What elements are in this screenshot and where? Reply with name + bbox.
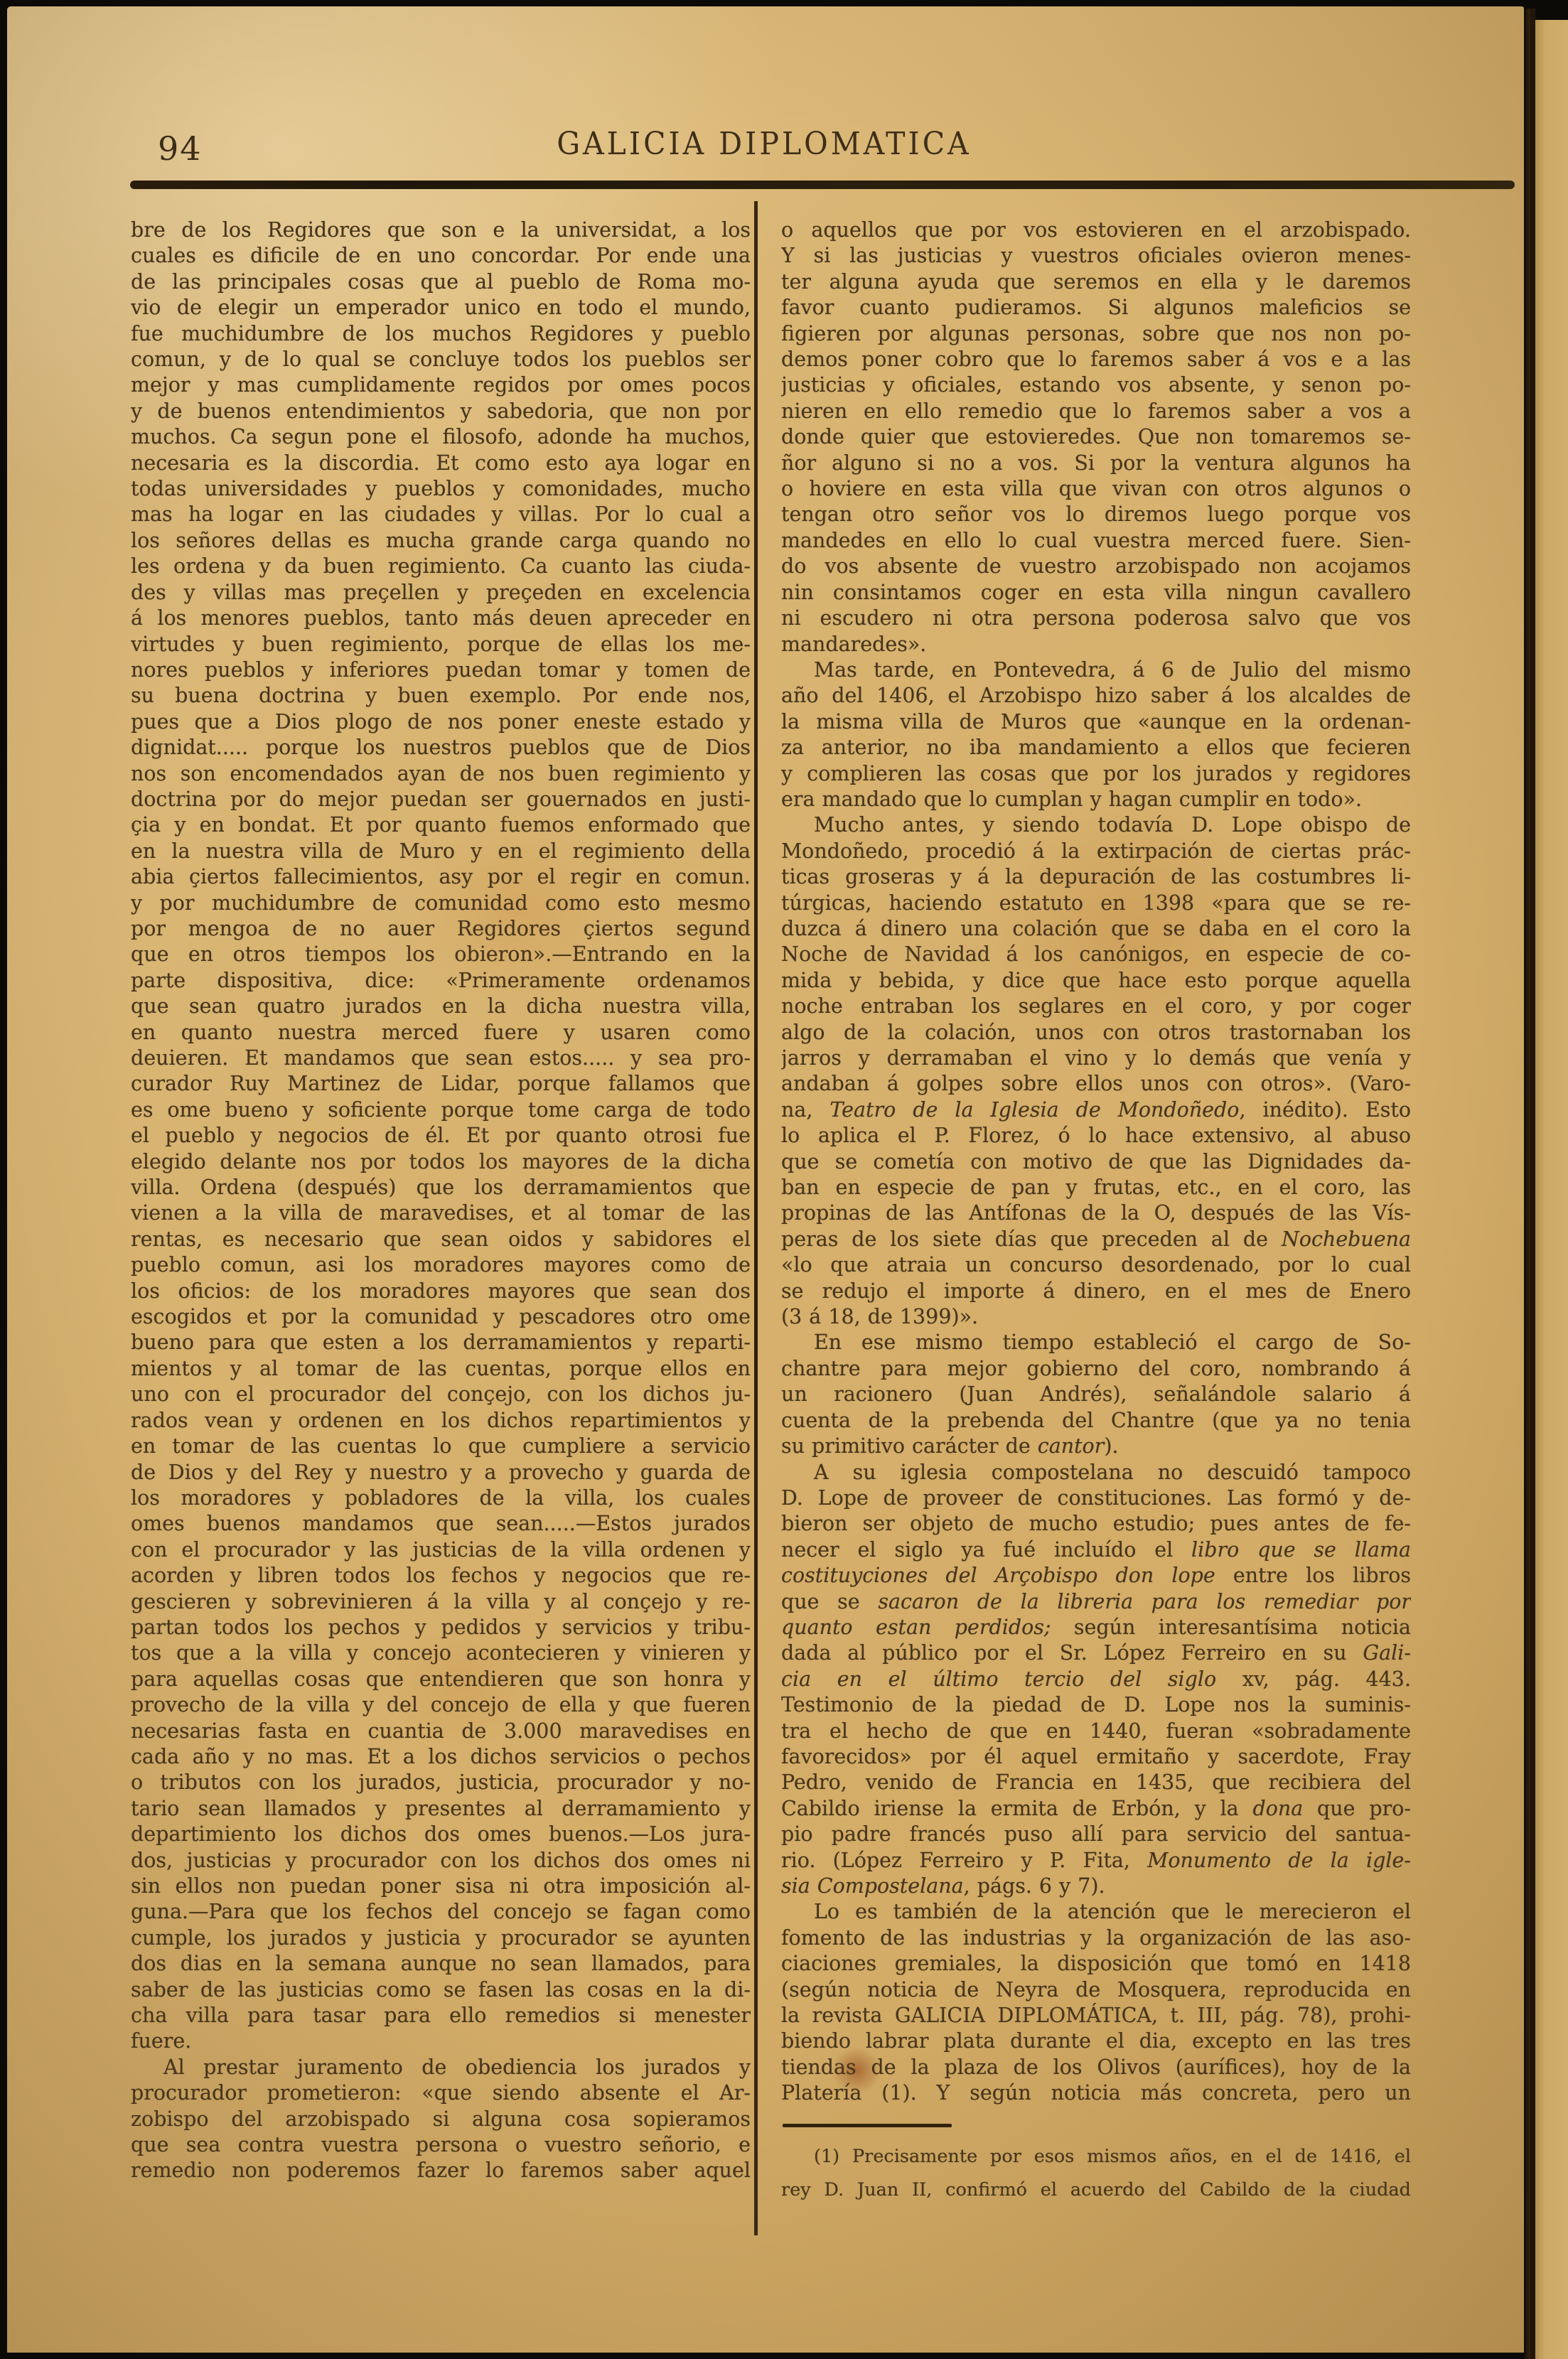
text-line: en tomar de las cuentas lo que cumpliere… bbox=[131, 1434, 751, 1459]
text-line: la misma villa de Muros que «aunque en l… bbox=[781, 709, 1411, 735]
text-line: á los menores pueblos, tanto más deuen a… bbox=[131, 606, 751, 631]
text-line: Mondoñedo, procedió á la extirpación de … bbox=[781, 839, 1411, 864]
text-line: les ordena y da buen regimiento. Ca cuan… bbox=[131, 554, 751, 579]
text-line: duzca á dinero una colación que se daba … bbox=[781, 916, 1411, 942]
text-line: acorden y libren todos los fechos y nego… bbox=[131, 1563, 751, 1589]
text-line: todas universidades y pueblos y comonida… bbox=[131, 476, 751, 502]
text-line: dada al público por el Sr. López Ferreir… bbox=[781, 1640, 1411, 1666]
header-rule bbox=[130, 181, 1515, 189]
text-line: figieren por algunas personas, sobre que… bbox=[781, 321, 1411, 347]
text-line: uno con el procurador del conçejo, con l… bbox=[131, 1382, 751, 1407]
text-line: Lo es también de la atención que le mere… bbox=[781, 1899, 1411, 1925]
text-line: los moradores y pobladores de la villa, … bbox=[131, 1485, 751, 1511]
text-line: un racionero (Juan Andrés), señalándole … bbox=[781, 1382, 1411, 1407]
footnote: (1) Precisamente por esos mismos años, e… bbox=[781, 2140, 1411, 2207]
column-divider bbox=[754, 201, 758, 2235]
text-line: los señores dellas es mucha grande carga… bbox=[131, 528, 751, 554]
text-line: curador Ruy Martinez de Lidar, porque fa… bbox=[131, 1071, 751, 1097]
text-line: demos poner cobro que lo faremos saber á… bbox=[781, 347, 1411, 372]
text-line: cumple, los jurados y justicia y procura… bbox=[131, 1925, 751, 1951]
text-line: jarros y derramaban el vino y lo demás q… bbox=[781, 1046, 1411, 1071]
text-line: Cabildo iriense la ermita de Erbón, y la… bbox=[781, 1796, 1411, 1822]
text-line: rio. (López Ferreiro y P. Fita, Monument… bbox=[781, 1848, 1411, 1874]
text-line: necesarias fasta en cuantia de 3.000 mar… bbox=[131, 1719, 751, 1744]
text-line: mida y bebida, y dice que hace esto porq… bbox=[781, 968, 1411, 994]
text-line: biendo labrar plata durante el dia, exce… bbox=[781, 2028, 1411, 2054]
text-line: comun, y de lo qual se concluye todos lo… bbox=[131, 347, 751, 372]
text-line: y complieren las cosas que por los jurad… bbox=[781, 761, 1411, 787]
page-number: 94 bbox=[158, 129, 203, 168]
text-line: en quanto nuestra merced fuere y usaren … bbox=[131, 1020, 751, 1046]
text-line: bieron ser objeto de mucho estudio; pues… bbox=[781, 1511, 1411, 1537]
text-line: mas ha logar en las ciudades y villas. P… bbox=[131, 502, 751, 527]
text-line: favorecidos» por él aquel ermitaño y sac… bbox=[781, 1744, 1411, 1770]
text-line: «lo que atraia un concurso desordenado, … bbox=[781, 1252, 1411, 1278]
text-line: rentas, es necesario que sean oidos y sa… bbox=[131, 1227, 751, 1252]
text-line: costituyciones del Arçobispo don lope en… bbox=[781, 1563, 1411, 1589]
left-column: bre de los Regidores que son e la univer… bbox=[131, 217, 751, 2184]
text-line: de Dios y del Rey y nuestro y a provecho… bbox=[131, 1460, 751, 1485]
text-line: parte dispositiva, dice: «Primeramente o… bbox=[131, 968, 751, 994]
text-line: saber de las justicias como se fasen las… bbox=[131, 1977, 751, 2003]
text-line: na, Teatro de la Iglesia de Mondoñedo, i… bbox=[781, 1097, 1411, 1123]
text-line: ñor alguno si no a vos. Si por la ventur… bbox=[781, 451, 1411, 476]
text-line: cha villa para tasar para ello remedios … bbox=[131, 2003, 751, 2028]
text-line: deuieren. Et mandamos que sean estos....… bbox=[131, 1046, 751, 1071]
text-line: año del 1406, el Arzobispo hizo saber á … bbox=[781, 683, 1411, 709]
text-line: Testimonio de la piedad de D. Lope nos l… bbox=[781, 1692, 1411, 1718]
text-line: villa. Ordena (después) que los derramam… bbox=[131, 1175, 751, 1200]
text-line: era mandado que lo cumplan y hagan cumpl… bbox=[781, 787, 1411, 812]
text-line: vio de elegir un emperador unico en todo… bbox=[131, 295, 751, 321]
text-line: rados vean y ordenen en los dichos repar… bbox=[131, 1408, 751, 1434]
text-line: fomento de las industrias y la organizac… bbox=[781, 1925, 1411, 1951]
text-line: provecho de la villa y del concejo de el… bbox=[131, 1692, 751, 1718]
text-line: zobispo del arzobispado si alguna cosa s… bbox=[131, 2107, 751, 2132]
book-gutter bbox=[1524, 9, 1535, 2359]
text-line: escogidos et por la comunidad y pescador… bbox=[131, 1304, 751, 1330]
text-line: quanto estan perdidos; según interesantí… bbox=[781, 1615, 1411, 1640]
text-line: remedio non poderemos fazer lo faremos s… bbox=[131, 2158, 751, 2183]
text-line: abia çiertos fallecimientos, asy por el … bbox=[131, 864, 751, 890]
text-line: necesaria es la discordia. Et como esto … bbox=[131, 451, 751, 476]
text-line: (1) Precisamente por esos mismos años, e… bbox=[781, 2140, 1411, 2173]
text-line: donde quier que estovieredes. Que non to… bbox=[781, 424, 1411, 450]
text-line: cada año y no mas. Et a los dichos servi… bbox=[131, 1744, 751, 1770]
text-line: túrgicas, haciendo estatuto en 1398 «par… bbox=[781, 891, 1411, 916]
text-line: para aquellas cosas que entendieren que … bbox=[131, 1667, 751, 1692]
text-line: sin ellos non puedan poner sisa ni otra … bbox=[131, 1874, 751, 1899]
text-line: en la nuestra villa de Muro y en el regi… bbox=[131, 839, 751, 864]
text-line: tiendas de la plaza de los Olivos (auríf… bbox=[781, 2055, 1411, 2080]
text-line: el pueblo y negocios de él. Et por quant… bbox=[131, 1123, 751, 1149]
text-line: (según noticia de Neyra de Mosquera, rep… bbox=[781, 1977, 1411, 2003]
text-line: cia en el último tercio del siglo xv, pá… bbox=[781, 1667, 1411, 1692]
text-line: tengan otro señor vos lo diremos luego p… bbox=[781, 502, 1411, 527]
text-line: necer el siglo ya fué incluído el libro … bbox=[781, 1537, 1411, 1563]
text-line: ciaciones gremiales, la disposición que … bbox=[781, 1951, 1411, 1977]
text-line: que sea contra vuestra persona o vuestro… bbox=[131, 2132, 751, 2158]
text-line: con el procurador y las justicias de la … bbox=[131, 1537, 751, 1563]
text-line: noche entraban los seglares en el coro, … bbox=[781, 994, 1411, 1019]
text-line: mandedes en ello lo cual vuestra merced … bbox=[781, 528, 1411, 554]
text-line: virtudes y buen regimiento, porque de el… bbox=[131, 632, 751, 657]
text-line: que se sacaron de la libreria para los r… bbox=[781, 1589, 1411, 1615]
text-line: departimiento los dichos dos omes buenos… bbox=[131, 1822, 751, 1847]
text-line: A su iglesia compostelana no descuidó ta… bbox=[781, 1460, 1411, 1485]
text-line: mandaredes». bbox=[781, 632, 1411, 657]
adjacent-page-edge bbox=[1535, 20, 1568, 2359]
text-line: dignidat..... porque los nuestros pueblo… bbox=[131, 735, 751, 761]
text-line: favor cuanto pudieramos. Si algunos male… bbox=[781, 295, 1411, 321]
text-line: Pedro, venido de Francia en 1435, que re… bbox=[781, 1770, 1411, 1795]
text-line: Mucho antes, y siendo todavía D. Lope ob… bbox=[781, 812, 1411, 838]
text-line: ni escudero ni otra persona poderosa sal… bbox=[781, 606, 1411, 631]
text-line: do vos absente de vuestro arzobispado no… bbox=[781, 554, 1411, 579]
text-line: o aquellos que por vos estovieren en el … bbox=[781, 217, 1411, 243]
text-line: o tributos con los jurados, justicia, pr… bbox=[131, 1770, 751, 1795]
text-line: dos dias en la semana aunque no sean lla… bbox=[131, 1951, 751, 1977]
text-line: gescieren y sobrevinieren á la villa y a… bbox=[131, 1589, 751, 1615]
text-line: Mas tarde, en Pontevedra, á 6 de Julio d… bbox=[781, 657, 1411, 683]
right-column-body: o aquellos que por vos estovieren en el … bbox=[781, 217, 1411, 2107]
text-line: su buena doctrina y buen exemplo. Por en… bbox=[131, 683, 751, 709]
text-line: lo aplica el P. Florez, ó lo hace extens… bbox=[781, 1123, 1411, 1149]
text-line: por mengoa de no auer Regidores çiertos … bbox=[131, 916, 751, 942]
text-line: algo de la colación, unos con otros tras… bbox=[781, 1020, 1411, 1046]
text-line: se redujo el importe á dinero, en el mes… bbox=[781, 1279, 1411, 1304]
text-line: ter alguna ayuda que seremos en ella y l… bbox=[781, 269, 1411, 295]
text-line: pueblo comun, asi los moradores mayores … bbox=[131, 1252, 751, 1278]
text-line: mejor y mas cumplidamente regidos por om… bbox=[131, 372, 751, 398]
text-line: chantre para mejor gobierno del coro, no… bbox=[781, 1356, 1411, 1382]
text-line: cuenta de la prebenda del Chantre (que y… bbox=[781, 1408, 1411, 1434]
footnote-rule bbox=[783, 2124, 952, 2127]
right-column: o aquellos que por vos estovieren en el … bbox=[781, 217, 1411, 2207]
text-line: pio padre francés puso allí para servici… bbox=[781, 1822, 1411, 1847]
text-line: Al prestar juramento de obediencia los j… bbox=[131, 2055, 751, 2080]
text-line: fue muchidumbre de los muchos Regidores … bbox=[131, 321, 751, 347]
text-line: Platería (1). Y según noticia más concre… bbox=[781, 2080, 1411, 2106]
text-line: justicias y oficiales, estando vos absen… bbox=[781, 372, 1411, 398]
text-line: nieren en ello remedio que lo faremos sa… bbox=[781, 399, 1411, 424]
text-line: que en otros tiempos los obieron».—Entra… bbox=[131, 942, 751, 967]
text-line: doctrina por do mejor puedan ser gouerna… bbox=[131, 787, 751, 812]
text-line: ban en especie de pan y frutas, etc., en… bbox=[781, 1175, 1411, 1200]
text-line: muchos. Ca segun pone el filosofo, adond… bbox=[131, 424, 751, 450]
text-line: nos son encomendados ayan de nos buen re… bbox=[131, 761, 751, 787]
text-line: Y si las justicias y vuestros oficiales … bbox=[781, 243, 1411, 269]
text-line: procurador prometieron: «que siendo abse… bbox=[131, 2080, 751, 2106]
text-line: des y villas mas preçellen y preçeden en… bbox=[131, 580, 751, 606]
text-line: ticas groseras y á la depuración de las … bbox=[781, 864, 1411, 890]
text-line: la revista GALICIA DIPLOMÁTICA, t. III, … bbox=[781, 2003, 1411, 2028]
text-line: tos que a la villa y concejo aconteciere… bbox=[131, 1640, 751, 1666]
text-line: bre de los Regidores que son e la univer… bbox=[131, 217, 751, 243]
text-line: peras de los siete días que preceden al … bbox=[781, 1227, 1411, 1252]
text-line: bueno para que esten a los derramamiento… bbox=[131, 1330, 751, 1355]
text-line: elegido delante nos por todos los mayore… bbox=[131, 1149, 751, 1175]
text-line: que se cometía con motivo de que las Dig… bbox=[781, 1149, 1411, 1175]
text-line: Noche de Navidad á los canónigos, en esp… bbox=[781, 942, 1411, 967]
text-line: vienen a la villa de maravedises, et al … bbox=[131, 1200, 751, 1226]
text-line: guna.—Para que los fechos del concejo se… bbox=[131, 1899, 751, 1925]
text-line: que sean quatro jurados en la dicha nues… bbox=[131, 994, 751, 1019]
text-line: su primitivo carácter de cantor). bbox=[781, 1434, 1411, 1459]
text-line: nores pueblos y inferiores puedan tomar … bbox=[131, 657, 751, 683]
text-line: andaban á golpes sobre ellos unos con ot… bbox=[781, 1071, 1411, 1097]
text-line: (3 á 18, de 1399)». bbox=[781, 1304, 1411, 1330]
text-line: çia y en bondat. Et por quanto fuemos en… bbox=[131, 812, 751, 838]
text-line: nin consintamos coger en esta villa ning… bbox=[781, 580, 1411, 606]
text-line: es ome bueno y soficiente porque tome ca… bbox=[131, 1097, 751, 1123]
text-line: partan todos los pechos y pedidos y serv… bbox=[131, 1615, 751, 1640]
text-line: pues que a Dios plogo de nos poner enest… bbox=[131, 709, 751, 735]
text-line: sia Compostelana, págs. 6 y 7). bbox=[781, 1874, 1411, 1899]
text-line: tra el hecho de que en 1440, fueran «sob… bbox=[781, 1719, 1411, 1744]
text-line: rey D. Juan II, confirmó el acuerdo del … bbox=[781, 2173, 1411, 2207]
text-line: D. Lope de proveer de constituciones. La… bbox=[781, 1485, 1411, 1511]
text-line: mientos y al tomar de las cuentas, porqu… bbox=[131, 1356, 751, 1382]
text-line: za anterior, no iba mandamiento a ellos … bbox=[781, 735, 1411, 761]
text-line: En ese mismo tiempo estableció el cargo … bbox=[781, 1330, 1411, 1355]
text-line: o hoviere en esta villa que vivan con ot… bbox=[781, 476, 1411, 502]
text-line: omes buenos mandamos que sean.....—Estos… bbox=[131, 1511, 751, 1537]
text-line: dos, justicias y procurador con los dich… bbox=[131, 1848, 751, 1874]
text-line: fuere. bbox=[131, 2028, 751, 2054]
text-line: y de buenos entendimientos y sabedoria, … bbox=[131, 399, 751, 424]
text-line: de las principales cosas que al pueblo d… bbox=[131, 269, 751, 295]
journal-title: GALICIA DIPLOMATICA bbox=[530, 125, 999, 162]
text-line: tario sean llamados y presentes al derra… bbox=[131, 1796, 751, 1822]
text-line: propinas de las Antífonas de la O, despu… bbox=[781, 1200, 1411, 1226]
text-line: los oficios: de los moradores mayores qu… bbox=[131, 1279, 751, 1304]
text-line: y por muchidumbre de comunidad como esto… bbox=[131, 891, 751, 916]
text-line: cuales es dificile de en uno concordar. … bbox=[131, 243, 751, 269]
